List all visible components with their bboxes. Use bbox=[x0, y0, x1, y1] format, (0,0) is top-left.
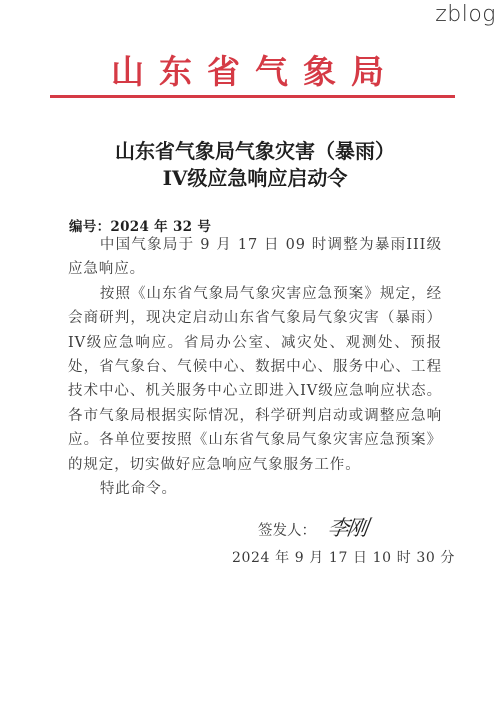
document-body: 中国气象局于 9 月 17 日 09 时调整为暴雨III级应急响应。 按照《山东… bbox=[68, 233, 442, 501]
document-number: 编号：2024 年 32 号 bbox=[69, 215, 211, 235]
watermark: zblog bbox=[435, 2, 496, 27]
paragraph: 特此命令。 bbox=[68, 477, 442, 501]
title-line-1: 山东省气象局气象灾害（暴雨） bbox=[0, 138, 500, 165]
paragraph: 按照《山东省气象局气象灾害应急预案》规定，经会商研判，现决定启动山东省气象局气象… bbox=[68, 282, 442, 477]
issue-date: 2024 年 9 月 17 日 10 时 30 分 bbox=[232, 547, 455, 567]
title-line-2: IV级应急响应启动令 bbox=[0, 165, 500, 192]
signatory-label: 签发人： bbox=[258, 519, 316, 540]
handwritten-signature: 李刚 bbox=[326, 516, 367, 540]
paragraph: 中国气象局于 9 月 17 日 09 时调整为暴雨III级应急响应。 bbox=[68, 233, 442, 282]
signatory-line: 签发人： 李刚 bbox=[258, 516, 366, 540]
organization-header: 山东省气象局 bbox=[0, 52, 500, 92]
red-divider-rule bbox=[50, 95, 455, 98]
document-title: 山东省气象局气象灾害（暴雨） IV级应急响应启动令 bbox=[0, 138, 500, 192]
